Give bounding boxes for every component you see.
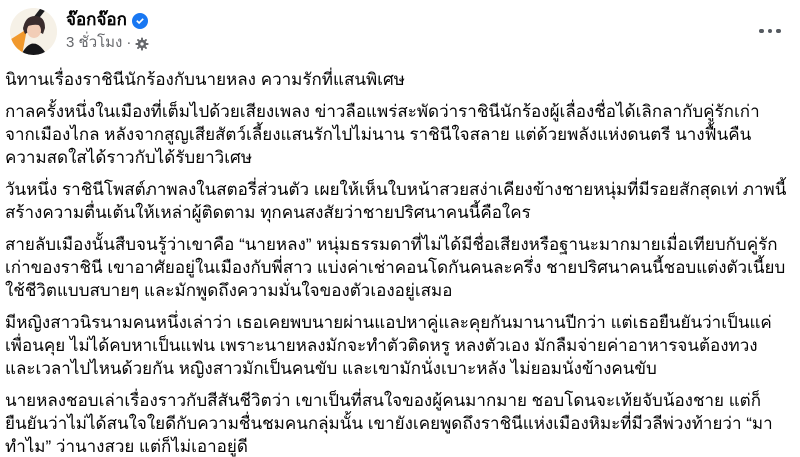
post-paragraph: กาลครั้งหนึ่งในเมืองที่เต็มไปด้วยเสียงเพ… — [5, 100, 788, 169]
post-paragraph: สายลับเมืองนั้นสืบจนรู้ว่าเขาคือ “นายหลง… — [5, 233, 788, 302]
avatar[interactable] — [10, 8, 57, 55]
author-name[interactable]: จ๊อกจ๊อก — [66, 9, 127, 31]
post-paragraph: นิทานเรื่องราชินีนักร้องกับนายหลง ความรั… — [5, 68, 788, 91]
privacy-gear-icon — [135, 37, 149, 51]
post-paragraph: นายหลงชอบเล่าเรื่องราวกับสีสันชีวิตว่า เ… — [5, 389, 788, 457]
ellipsis-icon — [759, 29, 764, 34]
post-header-info: จ๊อกจ๊อก 3 ชั่วโมง · — [66, 8, 149, 52]
verified-badge-icon — [132, 13, 148, 29]
post-paragraph: วันหนึ่ง ราชินีโพสต์ภาพลงในสตอรี่ส่วนตัว… — [5, 178, 788, 224]
post-body: นิทานเรื่องราชินีนักร้องกับนายหลง ความรั… — [0, 55, 800, 457]
post-timestamp[interactable]: 3 ชั่วโมง — [66, 34, 122, 52]
avatar-illustration — [10, 8, 57, 55]
facebook-post: จ๊อกจ๊อก 3 ชั่วโมง · — [0, 0, 800, 457]
meta-separator: · — [126, 34, 131, 52]
post-header: จ๊อกจ๊อก 3 ชั่วโมง · — [0, 0, 800, 55]
post-options-button[interactable] — [754, 20, 786, 42]
post-paragraph: มีหญิงสาวนิรนามคนหนึ่งเล่าว่า เธอเคยพบนา… — [5, 311, 788, 380]
